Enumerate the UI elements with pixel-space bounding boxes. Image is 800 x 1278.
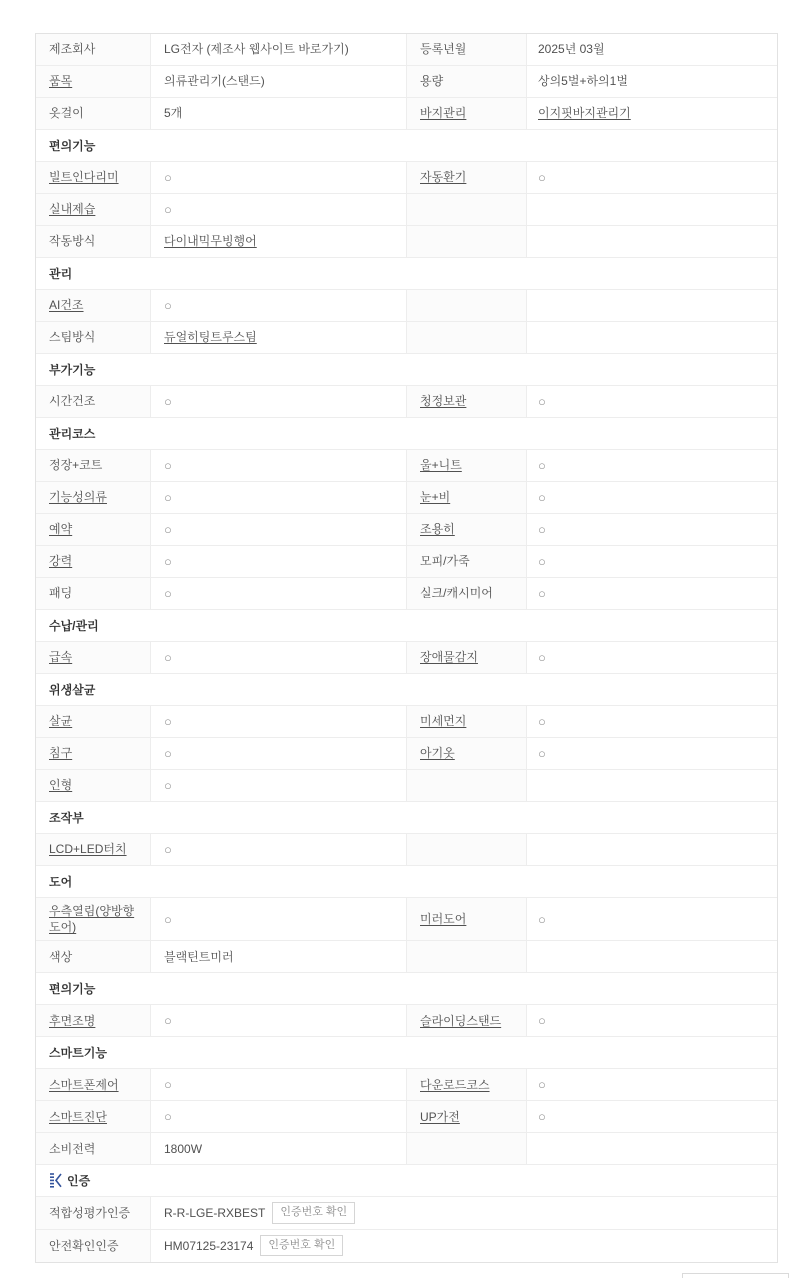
- spec-row: 시간건조○청정보관○: [36, 386, 777, 418]
- spec-label-cell: [406, 770, 526, 801]
- spec-value-cell: ○: [150, 546, 406, 577]
- spec-label: 패딩: [49, 585, 72, 601]
- spec-row: 인형○: [36, 770, 777, 802]
- availability-circle-mark: ○: [538, 651, 546, 664]
- spec-value-cell: ○: [150, 738, 406, 769]
- section-header: 부가기능: [36, 354, 777, 386]
- certification-row: 적합성평가인증R-R-LGE-RXBEST인증번호 확인: [36, 1197, 777, 1229]
- section-header: 위생살균: [36, 674, 777, 706]
- spec-label[interactable]: 살균: [49, 713, 72, 729]
- spec-label[interactable]: 급속: [49, 649, 72, 665]
- section-title: 도어: [49, 873, 72, 890]
- spec-value-cell: ○: [526, 898, 777, 940]
- spec-label-cell: 작동방식: [36, 226, 150, 257]
- spec-row: 패딩○실크/캐시미어○: [36, 578, 777, 610]
- spec-value-cell: [526, 322, 777, 353]
- spec-label-cell: 청정보관: [406, 386, 526, 417]
- spec-label-cell: [406, 194, 526, 225]
- spec-label-cell: 스마트폰제어: [36, 1069, 150, 1100]
- spec-label[interactable]: 장애물감지: [420, 649, 478, 665]
- spec-row: 색상블랙틴트미러: [36, 941, 777, 973]
- spec-label-cell: 강력: [36, 546, 150, 577]
- spec-row: 급속○장애물감지○: [36, 642, 777, 674]
- spec-value-cell: [526, 1133, 777, 1164]
- spec-value[interactable]: 듀얼히팅트루스팀: [164, 329, 257, 345]
- spec-value: 1800W: [164, 1141, 202, 1157]
- spec-label[interactable]: 자동환기: [420, 169, 466, 185]
- spec-value-cell: ○: [150, 1101, 406, 1132]
- spec-value-cell: ○: [526, 578, 777, 609]
- spec-label-cell: 시간건조: [36, 386, 150, 417]
- availability-circle-mark: ○: [538, 491, 546, 504]
- spec-label-cell: 인형: [36, 770, 150, 801]
- spec-label[interactable]: 아기옷: [420, 745, 455, 761]
- cert-number-check-button[interactable]: 인증번호 확인: [272, 1202, 355, 1223]
- availability-circle-mark: ○: [538, 587, 546, 600]
- availability-circle-mark: ○: [538, 1110, 546, 1123]
- availability-circle-mark: ○: [538, 459, 546, 472]
- spec-label-cell: [406, 941, 526, 972]
- spec-value-cell: ○: [150, 898, 406, 940]
- availability-circle-mark: ○: [164, 913, 172, 926]
- spec-label-cell: UP가전: [406, 1101, 526, 1132]
- spec-value-cell: ○: [150, 770, 406, 801]
- spec-label[interactable]: 인형: [49, 777, 72, 793]
- spec-value-cell: ○: [526, 482, 777, 513]
- spec-row: 옷걸이5개바지관리이지핏바지관리기: [36, 98, 777, 130]
- spec-value-cell: ○: [150, 290, 406, 321]
- availability-circle-mark: ○: [164, 715, 172, 728]
- spec-row: 품목의류관리기(스탠드)용량상의5벌+하의1벌: [36, 66, 777, 98]
- spec-value-cell: ○: [150, 514, 406, 545]
- spec-label[interactable]: 후면조명: [49, 1013, 95, 1029]
- spec-row: 기능성의류○눈+비○: [36, 482, 777, 514]
- spec-label[interactable]: 미러도어: [420, 911, 466, 927]
- spec-value-cell: [526, 226, 777, 257]
- spec-row: 침구○아기옷○: [36, 738, 777, 770]
- spec-value-cell: [526, 290, 777, 321]
- section-header: 관리코스: [36, 418, 777, 450]
- spec-value-cell: ○: [526, 1101, 777, 1132]
- spec-label-cell: 자동환기: [406, 162, 526, 193]
- kc-certification-icon: [49, 1173, 62, 1188]
- spec-value[interactable]: 다이내믹무빙행어: [164, 233, 257, 249]
- availability-circle-mark: ○: [538, 523, 546, 536]
- availability-circle-mark: ○: [538, 913, 546, 926]
- section-title: 관리: [49, 265, 72, 282]
- spec-label[interactable]: 기능성의류: [49, 489, 107, 505]
- spec-value-cell: ○: [150, 642, 406, 673]
- availability-circle-mark: ○: [164, 491, 172, 504]
- availability-circle-mark: ○: [164, 171, 172, 184]
- spec-value-cell: 1800W: [150, 1133, 406, 1164]
- spec-label-cell: 미세먼지: [406, 706, 526, 737]
- spec-label[interactable]: 빌트인다리미: [49, 169, 119, 185]
- spec-value-cell: ○: [150, 450, 406, 481]
- spec-label: 색상: [49, 949, 72, 965]
- availability-circle-mark: ○: [164, 459, 172, 472]
- availability-circle-mark: ○: [164, 395, 172, 408]
- section-title: 수납/관리: [49, 617, 99, 634]
- spec-label[interactable]: 슬라이딩스탠드: [420, 1013, 501, 1029]
- spec-label[interactable]: 실내제습: [49, 201, 95, 217]
- availability-circle-mark: ○: [164, 523, 172, 536]
- section-title: 스마트기능: [49, 1044, 107, 1061]
- spec-row: 후면조명○슬라이딩스탠드○: [36, 1005, 777, 1037]
- spec-label: 제조회사: [49, 41, 95, 57]
- spec-label-cell: 조용히: [406, 514, 526, 545]
- spec-value-cell: ○: [150, 578, 406, 609]
- spec-row: 살균○미세먼지○: [36, 706, 777, 738]
- section-header: 편의기능: [36, 130, 777, 162]
- spec-label-cell: 제조회사: [36, 34, 150, 65]
- certification-row: 안전확인인증HM07125-23174인증번호 확인: [36, 1230, 777, 1262]
- spec-value: 2025년 03월: [538, 41, 605, 57]
- spec-value-cell: 2025년 03월: [526, 34, 777, 65]
- availability-circle-mark: ○: [164, 651, 172, 664]
- spec-value-cell: ○: [150, 194, 406, 225]
- availability-circle-mark: ○: [538, 747, 546, 760]
- spec-label: 등록년월: [420, 41, 466, 57]
- spec-label[interactable]: UP가전: [420, 1109, 460, 1125]
- cert-number: HM07125-23174: [164, 1238, 253, 1254]
- spec-label-cell: [406, 834, 526, 865]
- spec-value-cell: 듀얼히팅트루스팀: [150, 322, 406, 353]
- spec-label-cell: 스마트진단: [36, 1101, 150, 1132]
- spec-value-cell: ○: [150, 386, 406, 417]
- spec-value-cell: ○: [150, 706, 406, 737]
- spec-label-cell: 품목: [36, 66, 150, 97]
- spec-label-cell: 다운로드코스: [406, 1069, 526, 1100]
- section-header: 관리: [36, 258, 777, 290]
- spec-value: 상의5벌+하의1벌: [538, 73, 628, 89]
- spec-label[interactable]: 우측열림(양방향도어): [49, 903, 142, 935]
- availability-circle-mark: ○: [164, 587, 172, 600]
- spec-value: 5개: [164, 105, 182, 121]
- section-header: 인증: [36, 1165, 777, 1197]
- spec-label: 정장+코트: [49, 457, 102, 473]
- spec-value-cell: ○: [150, 162, 406, 193]
- cert-value-cell: HM07125-23174인증번호 확인: [150, 1230, 777, 1262]
- product-spec-table: 제조회사LG전자 (제조사 웹사이트 바로가기)등록년월2025년 03월품목의…: [35, 33, 778, 1263]
- availability-circle-mark: ○: [538, 1078, 546, 1091]
- section-title: 편의기능: [49, 137, 95, 154]
- spec-label-cell: 우측열림(양방향도어): [36, 898, 150, 940]
- spec-value-cell: ○: [526, 642, 777, 673]
- spec-label: 용량: [420, 73, 443, 89]
- spec-value-cell: ○: [526, 514, 777, 545]
- spec-label-cell: 후면조명: [36, 1005, 150, 1036]
- spec-label-cell: LCD+LED터치: [36, 834, 150, 865]
- availability-circle-mark: ○: [538, 1014, 546, 1027]
- section-title: 부가기능: [49, 361, 95, 378]
- spec-label[interactable]: 다운로드코스: [420, 1077, 490, 1093]
- spec-row: 소비전력1800W: [36, 1133, 777, 1165]
- availability-circle-mark: ○: [538, 171, 546, 184]
- spec-value-cell: 블랙틴트미러: [150, 941, 406, 972]
- spec-label[interactable]: 미세먼지: [420, 713, 466, 729]
- spec-label-cell: 안전확인인증: [36, 1230, 150, 1262]
- spec-row: 우측열림(양방향도어)○미러도어○: [36, 898, 777, 941]
- section-title: 편의기능: [49, 980, 95, 997]
- spec-label[interactable]: 품목: [49, 73, 72, 89]
- spec-label[interactable]: 스마트폰제어: [49, 1077, 119, 1093]
- spec-value-cell: ○: [526, 1005, 777, 1036]
- section-header: 도어: [36, 866, 777, 898]
- spec-label-cell: [406, 226, 526, 257]
- spec-row: 예약○조용히○: [36, 514, 777, 546]
- spec-value-cell: ○: [150, 482, 406, 513]
- spec-label: 시간건조: [49, 393, 95, 409]
- spec-label[interactable]: 스마트진단: [49, 1109, 107, 1125]
- spec-label-cell: 패딩: [36, 578, 150, 609]
- spec-value-cell: ○: [526, 546, 777, 577]
- spec-row: 스마트진단○UP가전○: [36, 1101, 777, 1133]
- spec-value-cell: [526, 770, 777, 801]
- spec-row: 정장+코트○울+니트○: [36, 450, 777, 482]
- spec-value-cell: [526, 941, 777, 972]
- availability-circle-mark: ○: [164, 1110, 172, 1123]
- spec-label[interactable]: LCD+LED터치: [49, 841, 127, 857]
- spec-value: 블랙틴트미러: [164, 949, 234, 965]
- spec-value-cell: ○: [526, 738, 777, 769]
- spec-label[interactable]: 침구: [49, 745, 72, 761]
- section-header: 편의기능: [36, 973, 777, 1005]
- spec-value: 의류관리기(스탠드): [164, 73, 265, 89]
- spec-value-cell: 의류관리기(스탠드): [150, 66, 406, 97]
- spec-label-cell: 소비전력: [36, 1133, 150, 1164]
- spec-value-cell: LG전자 (제조사 웹사이트 바로가기): [150, 34, 406, 65]
- spec-label-cell: 실내제습: [36, 194, 150, 225]
- availability-circle-mark: ○: [164, 1014, 172, 1027]
- spec-label: 스팀방식: [49, 329, 95, 345]
- spec-label-cell: 실크/캐시미어: [406, 578, 526, 609]
- spec-label-cell: 장애물감지: [406, 642, 526, 673]
- spec-label-cell: 아기옷: [406, 738, 526, 769]
- spec-row: 스마트폰제어○다운로드코스○: [36, 1069, 777, 1101]
- section-title: 인증: [67, 1172, 90, 1189]
- spec-label: 옷걸이: [49, 105, 84, 121]
- spec-value-cell: ○: [150, 834, 406, 865]
- cutoff-button-partial[interactable]: [682, 1273, 789, 1278]
- availability-circle-mark: ○: [164, 203, 172, 216]
- spec-label[interactable]: AI건조: [49, 297, 84, 313]
- spec-value-cell: ○: [150, 1069, 406, 1100]
- spec-row: 스팀방식듀얼히팅트루스팀: [36, 322, 777, 354]
- spec-value-cell: [526, 194, 777, 225]
- cert-number: R-R-LGE-RXBEST: [164, 1205, 265, 1221]
- spec-label: 실크/캐시미어: [420, 585, 493, 601]
- spec-label-cell: 모피/가죽: [406, 546, 526, 577]
- spec-label-cell: 용량: [406, 66, 526, 97]
- spec-label[interactable]: 울+니트: [420, 457, 462, 473]
- spec-value-cell: [526, 834, 777, 865]
- spec-label-cell: 미러도어: [406, 898, 526, 940]
- spec-label-cell: 급속: [36, 642, 150, 673]
- spec-label: 안전확인인증: [49, 1238, 119, 1254]
- availability-circle-mark: ○: [538, 555, 546, 568]
- section-title: 관리코스: [49, 425, 95, 442]
- spec-label: 소비전력: [49, 1141, 95, 1157]
- spec-label-cell: 울+니트: [406, 450, 526, 481]
- section-title: 조작부: [49, 809, 84, 826]
- availability-circle-mark: ○: [164, 299, 172, 312]
- availability-circle-mark: ○: [538, 715, 546, 728]
- spec-value-cell: 다이내믹무빙행어: [150, 226, 406, 257]
- availability-circle-mark: ○: [164, 1078, 172, 1091]
- availability-circle-mark: ○: [164, 747, 172, 760]
- spec-value-cell: ○: [150, 1005, 406, 1036]
- spec-label-cell: 적합성평가인증: [36, 1197, 150, 1228]
- spec-row: 제조회사LG전자 (제조사 웹사이트 바로가기)등록년월2025년 03월: [36, 34, 777, 66]
- spec-row: AI건조○: [36, 290, 777, 322]
- spec-label-cell: AI건조: [36, 290, 150, 321]
- spec-label[interactable]: 강력: [49, 553, 72, 569]
- spec-label[interactable]: 조용히: [420, 521, 455, 537]
- spec-label-cell: 살균: [36, 706, 150, 737]
- section-title: 위생살균: [49, 681, 95, 698]
- availability-circle-mark: ○: [164, 779, 172, 792]
- spec-value-cell: ○: [526, 706, 777, 737]
- spec-label-cell: 바지관리: [406, 98, 526, 129]
- spec-value-cell: ○: [526, 386, 777, 417]
- spec-row: LCD+LED터치○: [36, 834, 777, 866]
- section-header: 스마트기능: [36, 1037, 777, 1069]
- spec-label-cell: 스팀방식: [36, 322, 150, 353]
- spec-label-cell: [406, 290, 526, 321]
- spec-value-cell: 5개: [150, 98, 406, 129]
- spec-label: 모피/가죽: [420, 553, 470, 569]
- spec-value-cell: 이지핏바지관리기: [526, 98, 777, 129]
- section-header: 조작부: [36, 802, 777, 834]
- spec-value-cell: ○: [526, 162, 777, 193]
- spec-label[interactable]: 바지관리: [420, 105, 466, 121]
- spec-value[interactable]: LG전자 (제조사 웹사이트 바로가기): [164, 41, 349, 57]
- spec-row: 빌트인다리미○자동환기○: [36, 162, 777, 194]
- spec-label-cell: [406, 322, 526, 353]
- spec-label-cell: 눈+비: [406, 482, 526, 513]
- spec-label-cell: 옷걸이: [36, 98, 150, 129]
- spec-label-cell: 등록년월: [406, 34, 526, 65]
- spec-label[interactable]: 눈+비: [420, 489, 450, 505]
- spec-label-cell: 슬라이딩스탠드: [406, 1005, 526, 1036]
- spec-label-cell: 빌트인다리미: [36, 162, 150, 193]
- spec-row: 작동방식다이내믹무빙행어: [36, 226, 777, 258]
- section-header: 수납/관리: [36, 610, 777, 642]
- spec-label-cell: 예약: [36, 514, 150, 545]
- spec-value[interactable]: 이지핏바지관리기: [538, 105, 631, 121]
- spec-label-cell: 기능성의류: [36, 482, 150, 513]
- spec-label: 작동방식: [49, 233, 95, 249]
- spec-value-cell: ○: [526, 1069, 777, 1100]
- availability-circle-mark: ○: [164, 555, 172, 568]
- spec-label[interactable]: 청정보관: [420, 393, 466, 409]
- spec-label-cell: 색상: [36, 941, 150, 972]
- availability-circle-mark: ○: [538, 395, 546, 408]
- spec-label: 적합성평가인증: [49, 1205, 130, 1221]
- spec-value-cell: ○: [526, 450, 777, 481]
- cert-value-cell: R-R-LGE-RXBEST인증번호 확인: [150, 1197, 777, 1228]
- spec-label[interactable]: 예약: [49, 521, 72, 537]
- spec-value-cell: 상의5벌+하의1벌: [526, 66, 777, 97]
- spec-label-cell: 정장+코트: [36, 450, 150, 481]
- spec-row: 실내제습○: [36, 194, 777, 226]
- cert-number-check-button[interactable]: 인증번호 확인: [260, 1235, 343, 1256]
- spec-row: 강력○모피/가죽○: [36, 546, 777, 578]
- spec-label-cell: 침구: [36, 738, 150, 769]
- availability-circle-mark: ○: [164, 843, 172, 856]
- spec-label-cell: [406, 1133, 526, 1164]
